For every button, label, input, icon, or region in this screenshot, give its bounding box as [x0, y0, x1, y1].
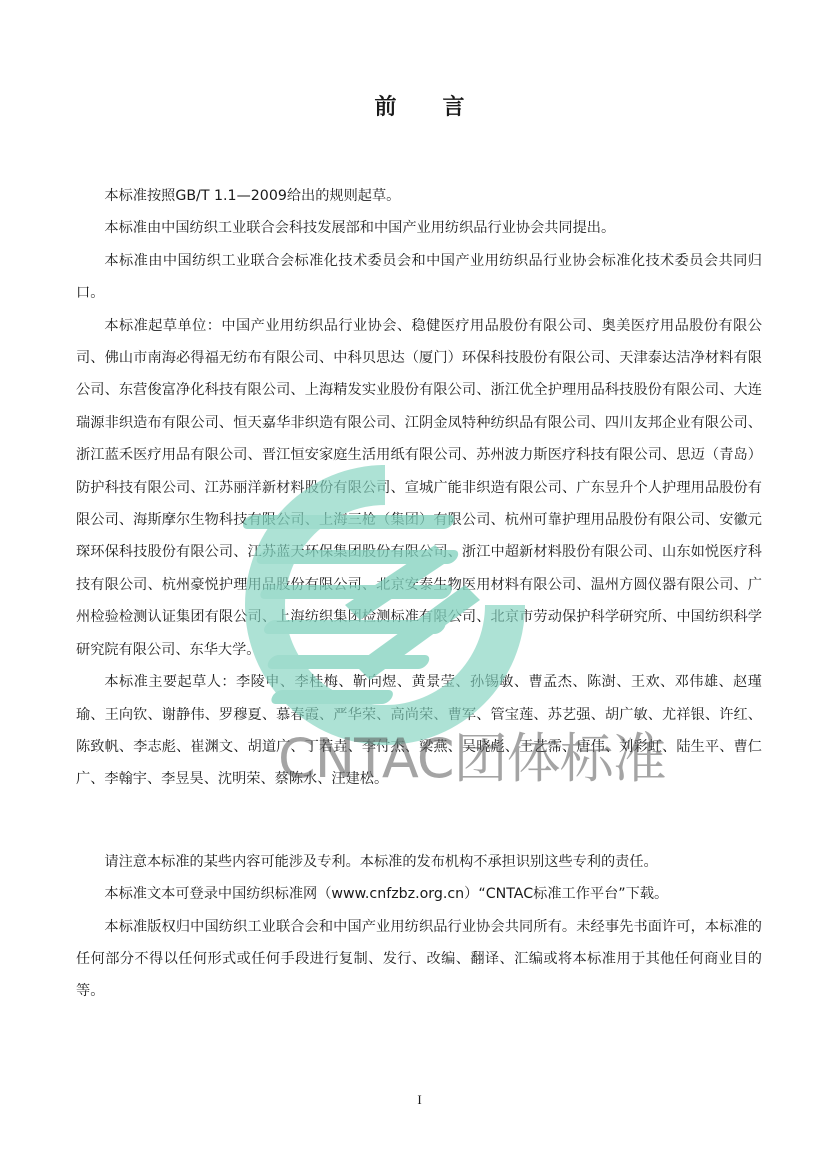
- notice-download: 本标准文本可登录中国纺织标准网（www.cnfzbz.org.cn）“CNTAC…: [76, 878, 762, 910]
- paragraph-drafting-units: 本标准起草单位：中国产业用纺织品行业协会、稳健医疗用品股份有限公司、奥美医疗用品…: [76, 310, 762, 666]
- paragraph-responsible-committee: 本标准由中国纺织工业联合会标准化技术委员会和中国产业用纺织品行业协会标准化技术委…: [76, 245, 762, 310]
- document-page: 前言 本标准按照GB/T 1.1—2009给出的规则起草。 本标准由中国纺织工业…: [0, 0, 839, 1174]
- page-number: I: [0, 1092, 839, 1108]
- document-body: 本标准按照GB/T 1.1—2009给出的规则起草。 本标准由中国纺织工业联合会…: [76, 180, 762, 1008]
- paragraph-drafters: 本标准主要起草人：李陵申、李桂梅、靳向煜、黄景莹、孙锡敏、曹孟杰、陈澍、王欢、邓…: [76, 666, 762, 796]
- spacer: [76, 796, 762, 846]
- notice-copyright: 本标准版权归中国纺织工业联合会和中国产业用纺织品行业协会共同所有。未经事先书面许…: [76, 911, 762, 1008]
- notice-patent: 请注意本标准的某些内容可能涉及专利。本标准的发布机构不承担识别这些专利的责任。: [76, 846, 762, 878]
- page-title: 前言: [0, 90, 839, 121]
- paragraph-proposer: 本标准由中国纺织工业联合会科技发展部和中国产业用纺织品行业协会共同提出。: [76, 212, 762, 244]
- paragraph-drafting-rules: 本标准按照GB/T 1.1—2009给出的规则起草。: [76, 180, 762, 212]
